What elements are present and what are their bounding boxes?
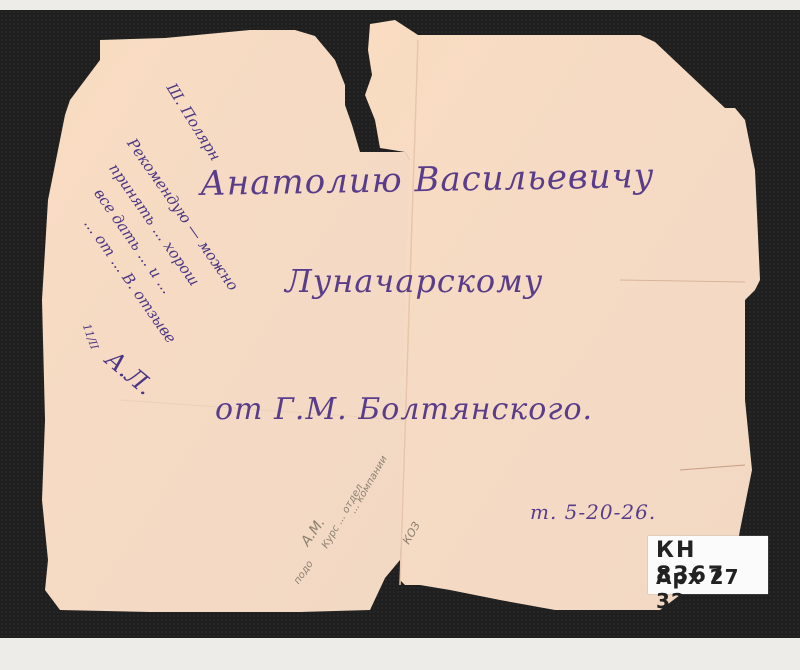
phone-note: т. 5-20-26. bbox=[530, 500, 656, 524]
archive-label: КН 8367 Арх 27 32 bbox=[648, 536, 768, 594]
archive-label-archive-number: Арх 27 32 bbox=[656, 565, 768, 613]
address-line-recipient-surname: Луначарскому bbox=[285, 262, 543, 300]
address-line-recipient-name: Анатолию Васильевичу bbox=[200, 156, 655, 204]
address-line-sender: от Г.М. Болтянского. bbox=[215, 392, 593, 427]
